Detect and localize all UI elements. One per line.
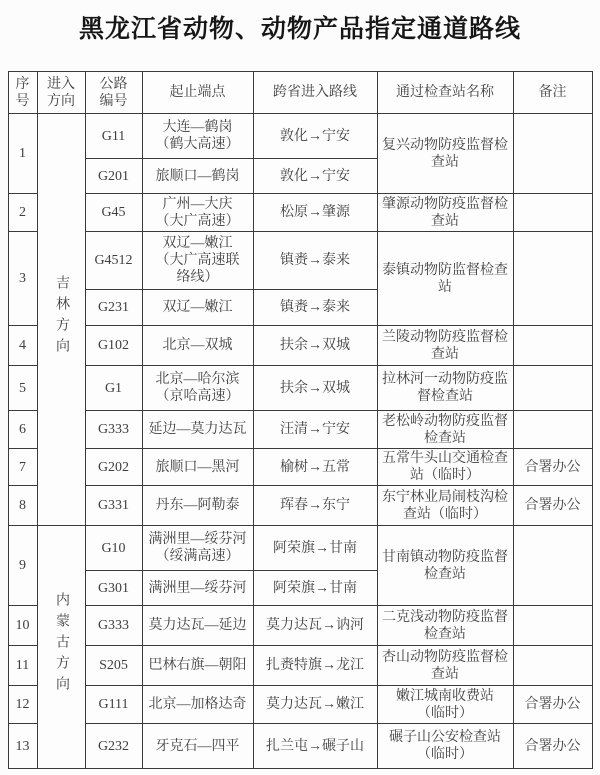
col-header-endpoints: 起止端点 xyxy=(142,72,253,114)
note-cell xyxy=(513,411,592,449)
checkpoint-cell: 东宁林业局闹枝沟检 查站（临时） xyxy=(377,486,513,526)
endpoints-cell: 大连—鹤岗 （鹤大高速） xyxy=(142,114,253,159)
col-header-direction: 进入 方向 xyxy=(37,72,85,114)
seq-cell: 7 xyxy=(8,449,37,486)
col-header-route: 跨省进入路线 xyxy=(253,72,377,114)
endpoints-cell: 牙克石—四平 xyxy=(142,724,253,769)
header-row: 序 号 进入 方向 公路 编号 起止端点 跨省进入路线 通过检查站名称 备注 xyxy=(8,72,592,114)
road-cell: G331 xyxy=(85,486,142,526)
note-cell xyxy=(513,366,592,411)
seq-cell: 8 xyxy=(8,486,37,526)
endpoints-cell: 满洲里—绥芬河 （绥满高速） xyxy=(142,526,253,571)
road-cell: G333 xyxy=(85,606,142,646)
endpoints-cell: 北京—加格达奇 xyxy=(142,686,253,724)
checkpoint-cell: 碾子山公安检查站 （临时） xyxy=(377,724,513,769)
route-cell: 莫力达瓦→讷河 xyxy=(253,606,377,646)
checkpoint-cell: 嫩江城南收费站 （临时） xyxy=(377,686,513,724)
endpoints-cell: 旅顺口—黑河 xyxy=(142,449,253,486)
road-cell: G102 xyxy=(85,326,142,366)
road-cell: G11 xyxy=(85,114,142,159)
road-cell: G201 xyxy=(85,159,142,194)
direction-label: 内蒙古方向 xyxy=(51,592,71,697)
table-row: 3 G4512 双辽—嫩江 （大广高速联 络线） 镇赉→泰来 泰镇动物防监督检查… xyxy=(8,232,592,290)
route-cell: 镇赉→泰来 xyxy=(253,290,377,326)
checkpoint-cell: 二克浅动物防疫监督 检查站 xyxy=(377,606,513,646)
seq-cell: 6 xyxy=(8,411,37,449)
table-row: 9 内蒙古方向 G10 满洲里—绥芬河 （绥满高速） 阿荣旗→甘南 甘南镇动物防… xyxy=(8,526,592,571)
document-page: 黑龙江省动物、动物产品指定通道路线 序 号 进入 方向 公路 编号 起止端点 跨… xyxy=(0,0,600,775)
road-cell: G202 xyxy=(85,449,142,486)
note-cell xyxy=(513,114,592,194)
route-cell: 松原→肇源 xyxy=(253,194,377,232)
direction-cell-neimenggu: 内蒙古方向 xyxy=(37,526,85,769)
note-cell xyxy=(513,526,592,606)
checkpoint-cell: 老松岭动物防疫监督 检查站 xyxy=(377,411,513,449)
route-cell: 阿荣旗→甘南 xyxy=(253,526,377,571)
seq-cell: 4 xyxy=(8,326,37,366)
road-cell: G231 xyxy=(85,290,142,326)
note-cell xyxy=(513,646,592,686)
endpoints-cell: 旅顺口—鹤岗 xyxy=(142,159,253,194)
endpoints-cell: 双辽—嫩江 （大广高速联 络线） xyxy=(142,232,253,290)
seq-cell: 10 xyxy=(8,606,37,646)
table-row: 2 G45 广州—大庆 （大广高速） 松原→肇源 肇源动物防疫监督检 查站 xyxy=(8,194,592,232)
table-row: 4 G102 北京—双城 扶余→双城 兰陵动物防疫监督检 查站 xyxy=(8,326,592,366)
col-header-seq: 序 号 xyxy=(8,72,37,114)
endpoints-cell: 莫力达瓦—延边 xyxy=(142,606,253,646)
route-cell: 扎兰屯→碾子山 xyxy=(253,724,377,769)
checkpoint-cell: 甘南镇动物防疫监督 检查站 xyxy=(377,526,513,606)
road-cell: G111 xyxy=(85,686,142,724)
note-cell: 合署办公 xyxy=(513,724,592,769)
road-cell: G4512 xyxy=(85,232,142,290)
page-title: 黑龙江省动物、动物产品指定通道路线 xyxy=(0,0,600,45)
routes-table: 序 号 进入 方向 公路 编号 起止端点 跨省进入路线 通过检查站名称 备注 1… xyxy=(8,71,593,769)
seq-cell: 2 xyxy=(8,194,37,232)
table-row: 13 G232 牙克石—四平 扎兰屯→碾子山 碾子山公安检查站 （临时） 合署办… xyxy=(8,724,592,769)
note-cell xyxy=(513,606,592,646)
route-cell: 阿荣旗→甘南 xyxy=(253,571,377,606)
seq-cell: 3 xyxy=(8,232,37,326)
seq-cell: 1 xyxy=(8,114,37,194)
table-row: 5 G1 北京—哈尔滨 （京哈高速） 扶余→双城 拉林河一动物防疫监 督检查站 xyxy=(8,366,592,411)
seq-cell: 5 xyxy=(8,366,37,411)
route-cell: 榆树→五常 xyxy=(253,449,377,486)
route-cell: 扶余→双城 xyxy=(253,326,377,366)
endpoints-cell: 丹东—阿勒泰 xyxy=(142,486,253,526)
seq-cell: 9 xyxy=(8,526,37,606)
route-cell: 敦化→宁安 xyxy=(253,114,377,159)
col-header-checkpoint: 通过检查站名称 xyxy=(377,72,513,114)
table-row: 10 G333 莫力达瓦—延边 莫力达瓦→讷河 二克浅动物防疫监督 检查站 xyxy=(8,606,592,646)
route-cell: 扶余→双城 xyxy=(253,366,377,411)
seq-cell: 12 xyxy=(8,686,37,724)
road-cell: G232 xyxy=(85,724,142,769)
road-cell: G1 xyxy=(85,366,142,411)
checkpoint-cell: 肇源动物防疫监督检 查站 xyxy=(377,194,513,232)
col-header-road: 公路 编号 xyxy=(85,72,142,114)
endpoints-cell: 广州—大庆 （大广高速） xyxy=(142,194,253,232)
endpoints-cell: 北京—双城 xyxy=(142,326,253,366)
route-cell: 敦化→宁安 xyxy=(253,159,377,194)
table-row: 12 G111 北京—加格达奇 莫力达瓦→嫩江 嫩江城南收费站 （临时） 合署办… xyxy=(8,686,592,724)
road-cell: S205 xyxy=(85,646,142,686)
note-cell xyxy=(513,326,592,366)
note-cell: 合署办公 xyxy=(513,486,592,526)
route-cell: 莫力达瓦→嫩江 xyxy=(253,686,377,724)
checkpoint-cell: 复兴动物防疫监督检 查站 xyxy=(377,114,513,194)
note-cell xyxy=(513,194,592,232)
route-cell: 汪清→宁安 xyxy=(253,411,377,449)
route-cell: 扎赉特旗→龙江 xyxy=(253,646,377,686)
table-row: 11 S205 巴林右旗—朝阳 扎赉特旗→龙江 杏山动物防疫监督检 查站 xyxy=(8,646,592,686)
road-cell: G10 xyxy=(85,526,142,571)
table-row: 8 G331 丹东—阿勒泰 珲春→东宁 东宁林业局闹枝沟检 查站（临时） 合署办… xyxy=(8,486,592,526)
checkpoint-cell: 兰陵动物防疫监督检 查站 xyxy=(377,326,513,366)
endpoints-cell: 延边—莫力达瓦 xyxy=(142,411,253,449)
direction-label: 吉林方向 xyxy=(51,275,71,359)
road-cell: G333 xyxy=(85,411,142,449)
route-cell: 珲春→东宁 xyxy=(253,486,377,526)
endpoints-cell: 满洲里—绥芬河 xyxy=(142,571,253,606)
endpoints-cell: 巴林右旗—朝阳 xyxy=(142,646,253,686)
note-cell: 合署办公 xyxy=(513,686,592,724)
seq-cell: 11 xyxy=(8,646,37,686)
note-cell: 合署办公 xyxy=(513,449,592,486)
checkpoint-cell: 拉林河一动物防疫监 督检查站 xyxy=(377,366,513,411)
note-cell xyxy=(513,232,592,326)
table-row: 7 G202 旅顺口—黑河 榆树→五常 五常牛头山交通检查 站（临时） 合署办公 xyxy=(8,449,592,486)
road-cell: G45 xyxy=(85,194,142,232)
table-row: 1 吉林方向 G11 大连—鹤岗 （鹤大高速） 敦化→宁安 复兴动物防疫监督检 … xyxy=(8,114,592,159)
checkpoint-cell: 五常牛头山交通检查 站（临时） xyxy=(377,449,513,486)
seq-cell: 13 xyxy=(8,724,37,769)
checkpoint-cell: 泰镇动物防监督检查 站 xyxy=(377,232,513,326)
checkpoint-cell: 杏山动物防疫监督检 查站 xyxy=(377,646,513,686)
endpoints-cell: 北京—哈尔滨 （京哈高速） xyxy=(142,366,253,411)
endpoints-cell: 双辽—嫩江 xyxy=(142,290,253,326)
road-cell: G301 xyxy=(85,571,142,606)
route-cell: 镇赉→泰来 xyxy=(253,232,377,290)
col-header-note: 备注 xyxy=(513,72,592,114)
table-row: 6 G333 延边—莫力达瓦 汪清→宁安 老松岭动物防疫监督 检查站 xyxy=(8,411,592,449)
direction-cell-jilin: 吉林方向 xyxy=(37,114,85,526)
